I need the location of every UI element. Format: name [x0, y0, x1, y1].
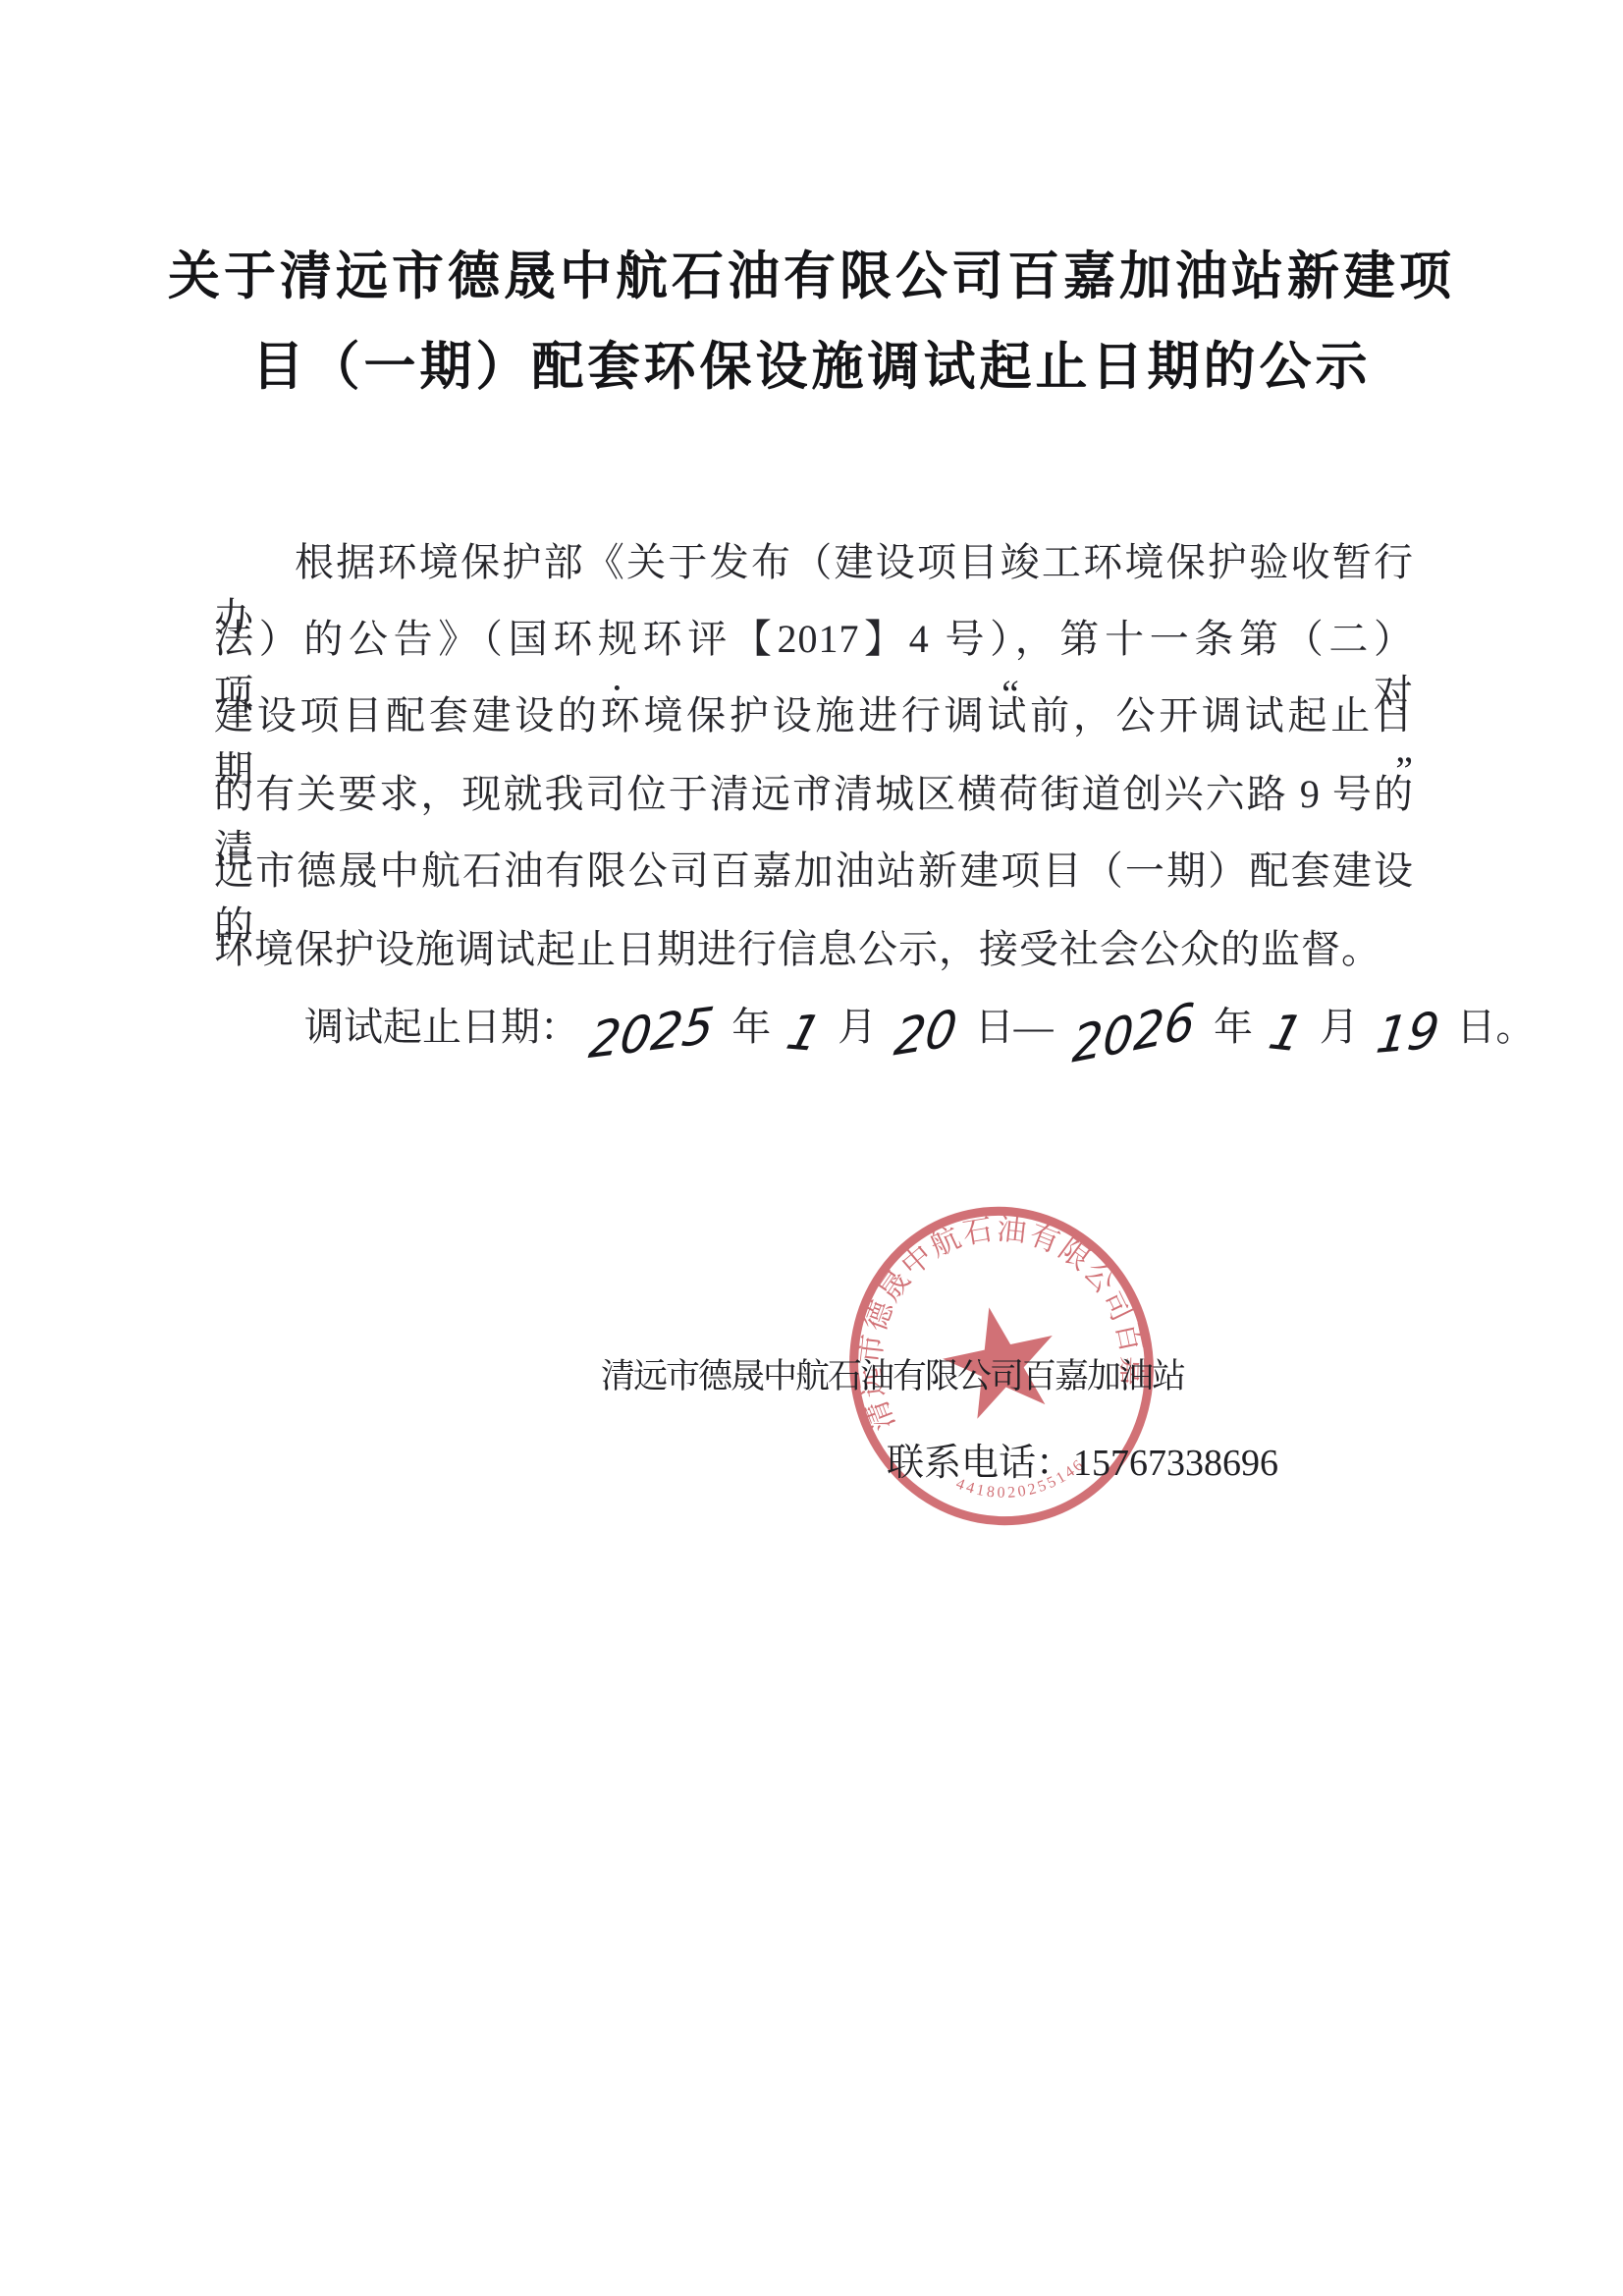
hw-start-year: 2025	[586, 1001, 717, 1066]
body-line-6: 环境保护设施调试起止日期进行信息公示，接受社会公众的监督。	[214, 922, 1414, 977]
title-line-2: 目（一期）配套环保设施调试起止日期的公示	[0, 322, 1623, 412]
phone-number: 15767338696	[1073, 1443, 1278, 1484]
document-page: 关于清远市德晟中航石油有限公司百嘉加油站新建项 目（一期）配套环保设施调试起止日…	[0, 0, 1623, 2296]
unit-day-2: 日。	[1456, 1005, 1535, 1049]
signature-company: 清远市德晟中航石油有限公司百嘉加油站	[601, 1349, 1184, 1398]
title-line-1: 关于清远市德晟中航石油有限公司百嘉加油站新建项	[0, 232, 1623, 322]
signature-phone-line: 联系电话：15767338696	[887, 1432, 1278, 1486]
debug-date-label: 调试起止日期：	[304, 1005, 579, 1049]
unit-month-1: 月	[838, 1005, 877, 1049]
hw-start-day: 20	[892, 1003, 959, 1064]
unit-year-1: 年	[731, 1005, 771, 1049]
hw-end-month: 1	[1265, 1008, 1308, 1059]
debug-date-line: 调试起止日期：2025年1月20日—2026年1月19日。	[214, 996, 1471, 1059]
hw-start-month: 1	[783, 1008, 827, 1059]
unit-month-2: 月	[1320, 1005, 1359, 1049]
phone-label: 联系电话：	[887, 1443, 1073, 1484]
hw-end-day: 19	[1374, 1006, 1442, 1061]
unit-year-2: 年	[1214, 1005, 1253, 1049]
unit-day-1: 日—	[975, 1005, 1054, 1049]
hw-end-year: 2026	[1071, 996, 1197, 1070]
document-title: 关于清远市德晟中航石油有限公司百嘉加油站新建项 目（一期）配套环保设施调试起止日…	[0, 232, 1623, 412]
